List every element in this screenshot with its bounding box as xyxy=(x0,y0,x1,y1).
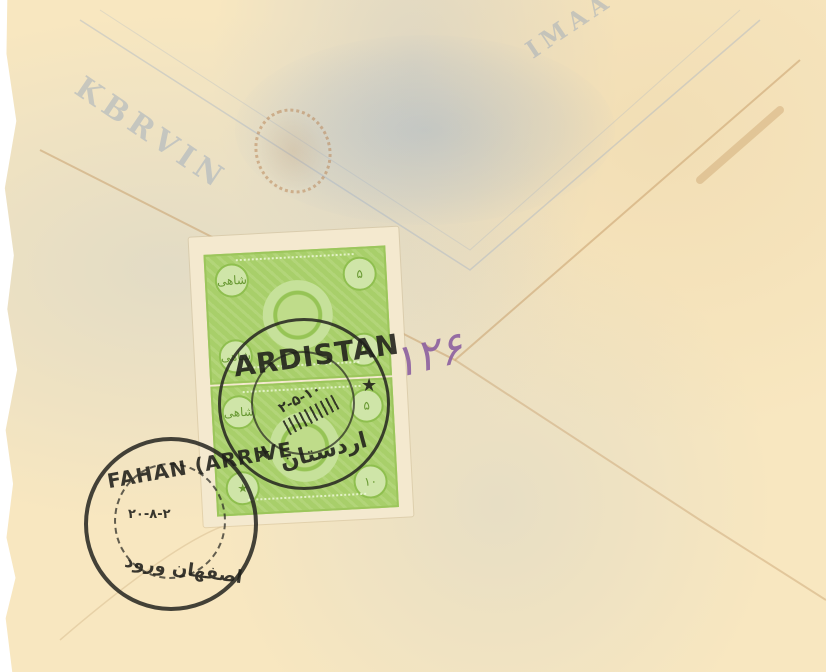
value-disc: ۵ xyxy=(342,256,378,292)
value-disc: شاهی xyxy=(214,263,250,299)
stamp-scroll-ornament xyxy=(248,493,366,509)
isfahan-arrival-postmark: FAHAN (ARRIVE ۲۰-۸-۲ اصفهان ورود xyxy=(84,437,258,611)
stamp-scroll-ornament xyxy=(236,253,354,269)
envelope-scene: KBRVIN IMAAVA شاهی ۵ شاهی ۵ شاهی ۵ ★ ۱۰ … xyxy=(0,0,826,672)
postmark-date: ۲۰-۸-۲ xyxy=(128,507,171,522)
star-icon: ★ xyxy=(361,375,377,396)
